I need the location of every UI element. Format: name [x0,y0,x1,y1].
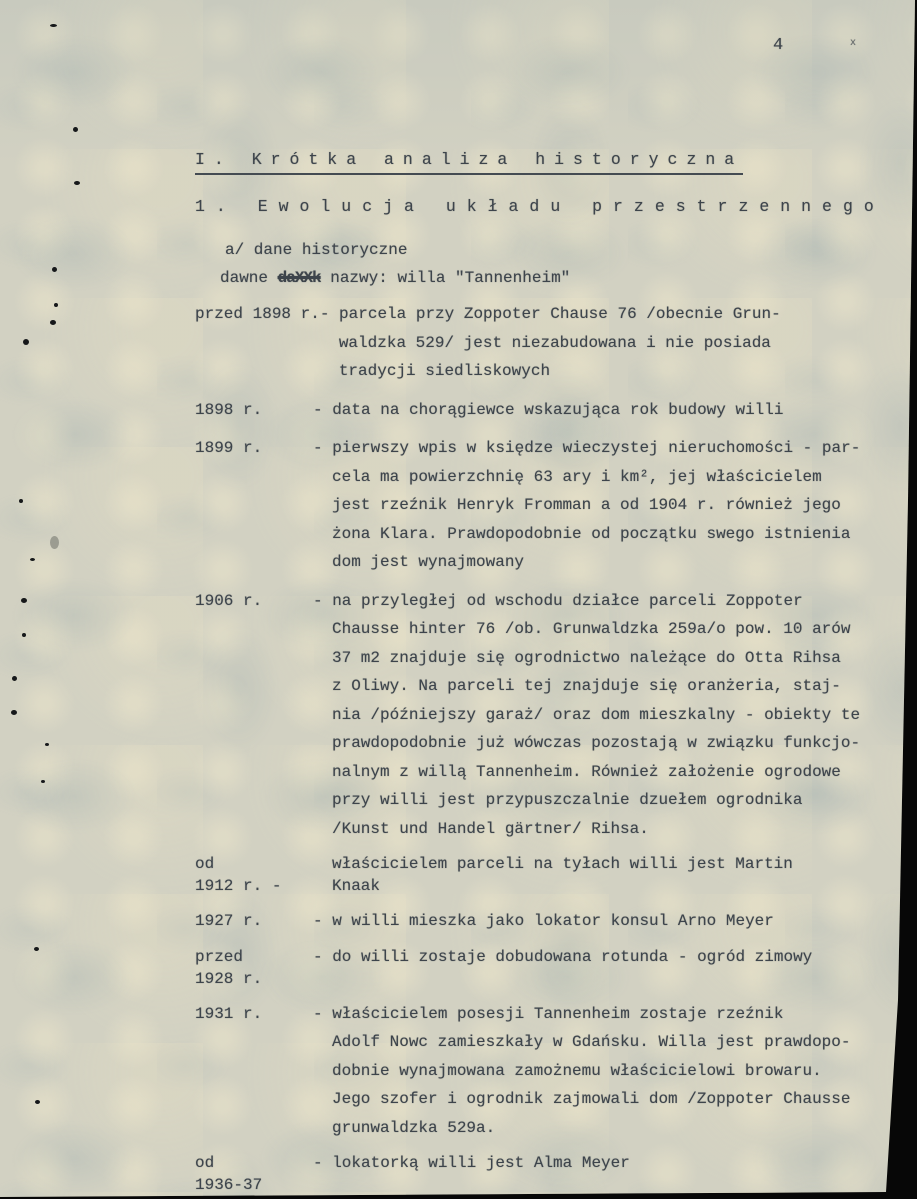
entry-line: waldzka 529/ jest niezabudowana i nie po… [339,329,905,358]
timeline-entry: 1927 r. - w willi mieszka jako lokator k… [195,907,905,936]
ink-speck [30,558,35,561]
entry-line: grunwaldzka 529a. [332,1114,905,1143]
intro-line-historical-data: a/ dane historyczne [225,241,905,259]
entry-label: 1912 r. - [195,875,313,897]
document-body: I. Krótka analiza historyczna 1. Ewolucj… [195,150,905,1196]
entry-line: - w willi mieszka jako lokator konsul Ar… [332,907,905,936]
ink-speck [41,780,45,783]
timeline-entry: przed 1898 r. - parcela przy Zoppoter Ch… [195,300,905,386]
ink-speck [23,339,29,345]
entry-line: dobnie wynajmowana zamożnemu właścicielo… [332,1057,905,1086]
entry-line: dom jest wynajmowany [332,548,905,577]
timeline: przed 1898 r. - parcela przy Zoppoter Ch… [195,300,905,1196]
smudge-mark [50,536,59,549]
ink-speck [12,676,17,681]
ink-speck [45,743,49,746]
timeline-entry: 1906 r. - na przyległej od wschodu dział… [195,587,905,844]
entry-line: nalnym z willą Tannenheim. Również założ… [332,758,905,787]
entry-label: przed [195,946,313,968]
timeline-entry: 1898 r. - data na chorągiewce wskazująca… [195,396,905,425]
timeline-entry: 1931 r. - właścicielem posesji Tannenhei… [195,1000,905,1143]
entry-line: cela ma powierzchnię 63 ary i km², jej w… [332,463,905,492]
entry-line: żona Klara. Prawdopodobnie od początku s… [332,520,905,549]
entry-line: z Oliwy. Na parceli tej znajduje się ora… [332,672,905,701]
entry-label: 1931 r. [195,1000,313,1029]
page-number: 4 [773,36,783,55]
ink-speck [22,633,26,637]
ink-speck [73,127,78,132]
entry-line: Jego szofer i ogrodnik zajmowali dom /Zo… [332,1085,905,1114]
ink-speck [50,320,56,325]
entry-line: - lokatorką willi jest Alma Meyer [332,1152,905,1174]
entry-line: - do willi zostaje dobudowana rotunda - … [332,946,905,968]
entry-label: 1898 r. [195,396,313,425]
entry-label: 1906 r. [195,587,313,616]
entry-line: - parcela przy Zoppoter Chause 76 /obecn… [339,300,905,329]
ink-speck [52,267,57,272]
entry-line: - właścicielem posesji Tannenheim zostaj… [332,1000,905,1029]
ink-speck [50,24,57,27]
entry-line: Knaak [332,875,905,897]
ink-speck [19,499,23,503]
ink-speck [74,181,80,185]
entry-line: właścicielem parceli na tyłach willi jes… [332,853,905,875]
entry-line: /Kunst und Handel gärtner/ Rihsa. [332,815,905,844]
entry-label: 1936-37 [195,1174,313,1196]
entry-line: nia /późniejszy garaż/ oraz dom mieszkal… [332,701,905,730]
scanned-page: 4 x I. Krótka analiza historyczna 1. Ewo… [0,0,917,1199]
ink-speck [21,598,27,603]
entry-label: 1927 r. [195,907,313,936]
entry-line: - pierwszy wpis w księdze wieczystej nie… [332,434,905,463]
entry-line: przy willi jest przypuszczalnie dzuełem … [332,786,905,815]
timeline-entry: przed 1928 r. - do willi zostaje dobudow… [195,946,905,990]
entry-line: tradycji siedliskowych [339,357,905,386]
ink-speck [11,710,17,715]
former-names-struck-word: daXXk [278,269,321,287]
timeline-entry: od 1936-37 - lokatorką willi jest Alma M… [195,1152,905,1196]
section-heading: I. Krótka analiza historyczna [195,150,743,175]
timeline-entry: od 1912 r. - właścicielem parceli na tył… [195,853,905,897]
entry-line: Adolf Nowc zamieszkały w Gdańsku. Willa … [332,1028,905,1057]
entry-label: przed 1898 r. [195,300,320,329]
entry-line: prawdopodobnie już wówczas pozostają w z… [332,729,905,758]
ink-speck [35,1100,40,1104]
corner-pencil-mark: x [850,38,856,49]
ink-speck [34,947,39,951]
entry-line: Chausse hinter 76 /ob. Grunwaldzka 259a/… [332,615,905,644]
intro-line-former-names: dawne daXXk nazwy: willa "Tannenheim" [220,269,905,287]
entry-label: od [195,853,313,875]
entry-line: - na przyległej od wschodu działce parce… [332,587,905,616]
timeline-entry: 1899 r. - pierwszy wpis w księdze wieczy… [195,434,905,577]
subsection-heading: 1. Ewolucja układu przestrzennego [195,197,905,216]
entry-line: 37 m2 znajduje się ogrodnictwo należące … [332,644,905,673]
entry-line: jest rzeźnik Henryk Fromman a od 1904 r.… [332,491,905,520]
former-names-suffix: nazwy: willa "Tannenheim" [321,269,571,287]
entry-label: 1928 r. [195,968,313,990]
entry-label: 1899 r. [195,434,313,463]
entry-label: od [195,1152,313,1174]
entry-line: - data na chorągiewce wskazująca rok bud… [332,396,905,425]
ink-speck [54,303,58,307]
former-names-prefix: dawne [220,269,278,287]
